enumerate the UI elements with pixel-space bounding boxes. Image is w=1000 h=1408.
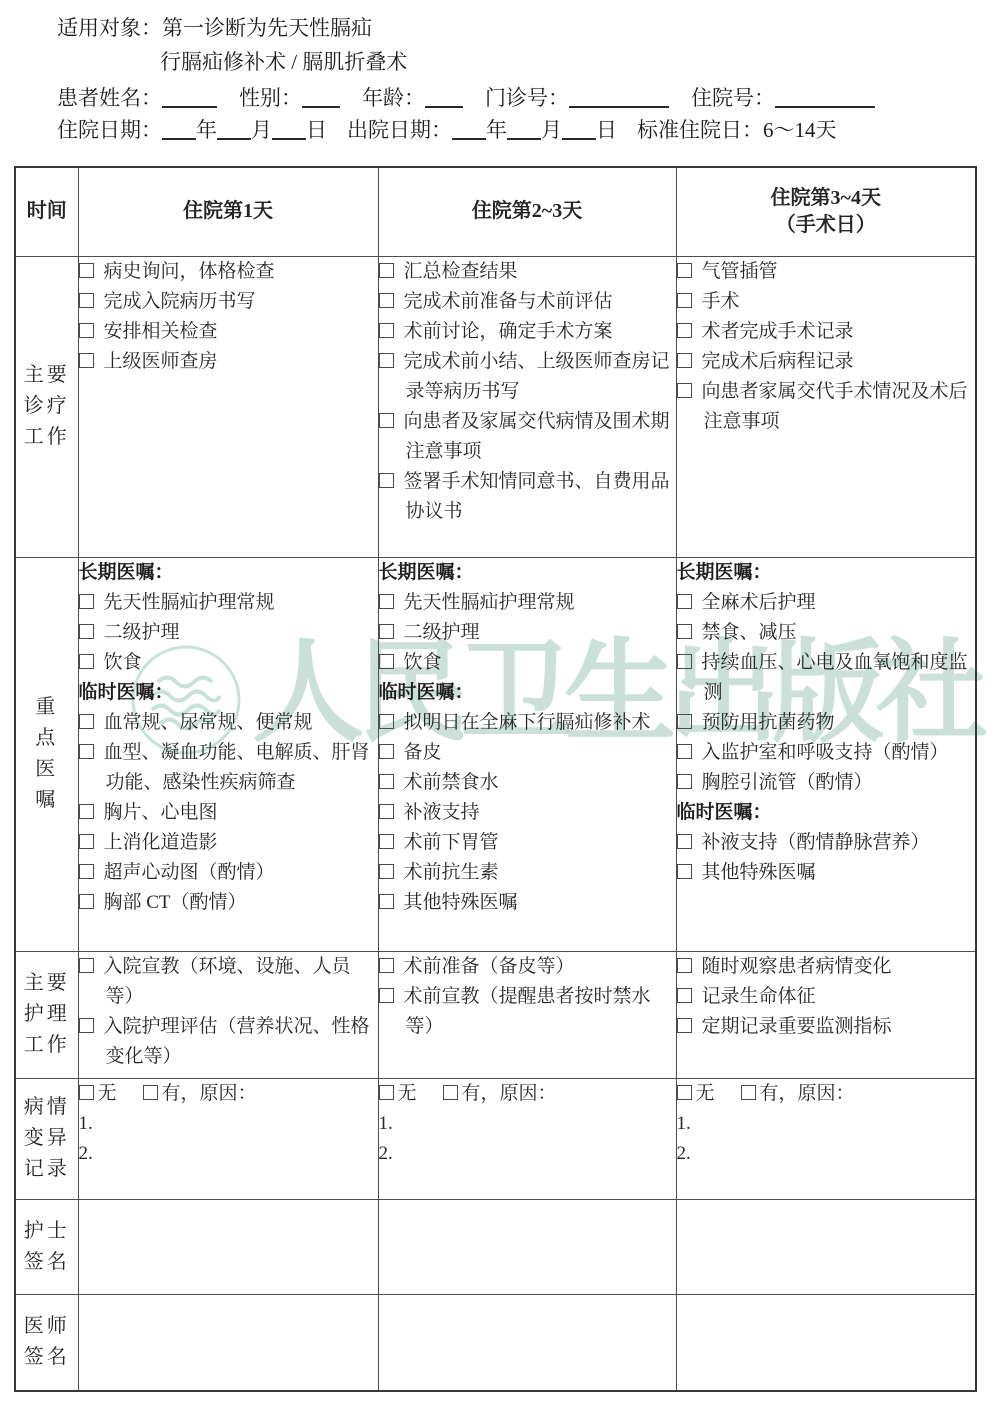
checkbox-icon[interactable]: [379, 353, 394, 368]
checkbox-icon[interactable]: [379, 864, 394, 879]
order-category-heading: 临时医嘱：: [79, 678, 378, 708]
table-row: 护士签名: [15, 1199, 976, 1294]
variation-option-label: 有，原因：: [162, 1083, 257, 1104]
checkbox-icon[interactable]: [79, 958, 94, 973]
row-label: 病情变异记录: [15, 1078, 78, 1199]
checklist-item-label: 禁食、减压: [702, 622, 797, 643]
variation-option-label: 有，原因：: [760, 1083, 855, 1104]
checklist-item: 饮食: [79, 648, 378, 678]
checkbox-icon[interactable]: [379, 774, 394, 789]
checklist-item-label: 完成入院病历书写: [104, 291, 256, 312]
checkbox-icon[interactable]: [379, 473, 394, 488]
checklist-item: 完成入院病历书写: [79, 287, 378, 317]
checklist-item: 入院宣教（环境、设施、人员等）: [79, 952, 378, 1012]
checkbox-icon[interactable]: [379, 744, 394, 759]
checkbox-icon[interactable]: [79, 714, 94, 729]
checklist-item-label: 手术: [702, 291, 740, 312]
field-label: 年: [196, 114, 217, 144]
numbered-line: 2.: [79, 1139, 378, 1169]
checklist-item: 术前宣教（提醒患者按时禁水等）: [379, 982, 676, 1042]
checkbox-icon[interactable]: [379, 263, 394, 278]
checklist-item: 手术: [677, 287, 976, 317]
row-label: 重点医嘱: [15, 557, 78, 951]
checklist-item-label: 随时观察患者病情变化: [702, 956, 892, 977]
checklist-item-label: 术前禁食水: [404, 772, 499, 793]
checkbox-icon[interactable]: [677, 714, 692, 729]
blank-field[interactable]: [162, 86, 217, 108]
signature-cell[interactable]: [378, 1199, 676, 1294]
checkbox-icon[interactable]: [741, 1085, 756, 1100]
field-label: 性别：: [239, 82, 302, 112]
checklist-item-label: 补液支持: [404, 802, 480, 823]
order-category-heading: 临时医嘱：: [379, 678, 676, 708]
signature-cell[interactable]: [676, 1294, 976, 1391]
checklist-item: 拟明日在全麻下行膈疝修补术: [379, 708, 676, 738]
checklist-item: 其他特殊医嘱: [677, 858, 976, 888]
checkbox-icon[interactable]: [379, 834, 394, 849]
table-row: 主要护理工作入院宣教（环境、设施、人员等）入院护理评估（营养状况、性格变化等）术…: [15, 951, 976, 1078]
checklist-item: 超声心动图（酌情）: [79, 858, 378, 888]
blank-field[interactable]: [507, 118, 541, 140]
variation-option-label: 无: [398, 1083, 417, 1104]
checklist-item-label: 完成术后病程记录: [702, 351, 854, 372]
checkbox-icon[interactable]: [379, 624, 394, 639]
order-category-heading: 长期医嘱：: [79, 558, 378, 588]
variation-option-label: 无: [98, 1083, 117, 1104]
variation-options: 无有，原因：: [79, 1079, 378, 1109]
field-label: 日: [306, 114, 327, 144]
checklist-item: 备皮: [379, 738, 676, 768]
table-row: 病情变异记录无有，原因：1.2.无有，原因：1.2.无有，原因：1.2.: [15, 1078, 976, 1199]
checklist-item: 术前禁食水: [379, 768, 676, 798]
field-label: 患者姓名：: [57, 82, 162, 112]
checkbox-icon[interactable]: [143, 1085, 158, 1100]
checklist-item-label: 入院宣教（环境、设施、人员等）: [104, 956, 351, 1007]
checklist-item-label: 补液支持（酌情静脉营养）: [702, 832, 930, 853]
blank-field[interactable]: [775, 86, 875, 108]
checkbox-icon[interactable]: [443, 1085, 458, 1100]
checklist-item: 入监护室和呼吸支持（酌情）: [677, 738, 976, 768]
blank-field[interactable]: [162, 118, 196, 140]
checkbox-icon[interactable]: [379, 654, 394, 669]
checklist-item-label: 术前准备（备皮等）: [404, 956, 575, 977]
field-label: 标准住院日：6～14天: [637, 114, 837, 144]
checklist-item: 二级护理: [379, 618, 676, 648]
date-info-line: 住院日期：年月日出院日期：年月日标准住院日：6～14天: [57, 114, 837, 144]
checklist-item: 术前准备（备皮等）: [379, 952, 676, 982]
content-cell: 随时观察患者病情变化记录生命体征定期记录重要监测指标: [676, 951, 976, 1078]
checklist-item-label: 拟明日在全麻下行膈疝修补术: [404, 712, 651, 733]
checkbox-icon[interactable]: [379, 958, 394, 973]
checklist-item: 禁食、减压: [677, 618, 976, 648]
checklist-item: 病史询问，体格检查: [79, 257, 378, 287]
field-label: 住院号：: [691, 82, 775, 112]
checklist-item-label: 术前抗生素: [404, 862, 499, 883]
content-cell: 无有，原因：1.2.: [378, 1078, 676, 1199]
checkbox-icon[interactable]: [79, 1085, 94, 1100]
field-label: 门诊号：: [485, 82, 569, 112]
checklist-item-label: 其他特殊医嘱: [404, 892, 518, 913]
checkbox-icon[interactable]: [677, 774, 692, 789]
checklist-item: 上消化道造影: [79, 828, 378, 858]
numbered-line: 1.: [379, 1109, 676, 1139]
checkbox-icon[interactable]: [677, 1085, 692, 1100]
checklist-item-label: 向患者家属交代手术情况及术后注意事项: [702, 381, 968, 432]
checklist-item-label: 术前下胃管: [404, 832, 499, 853]
checklist-item-label: 完成术前小结、上级医师查房记录等病历书写: [404, 351, 670, 402]
checklist-item-label: 入监护室和呼吸支持（酌情）: [702, 742, 949, 763]
checklist-item-label: 饮食: [404, 652, 442, 673]
checkbox-icon[interactable]: [79, 293, 94, 308]
applicable-object-label: 适用对象：: [57, 16, 162, 40]
checklist-item-label: 血型、凝血功能、电解质、肝肾功能、感染性疾病筛查: [104, 742, 370, 793]
checkbox-icon[interactable]: [79, 834, 94, 849]
checkbox-icon[interactable]: [677, 383, 692, 398]
checklist-item: 上级医师查房: [79, 347, 378, 377]
blank-field[interactable]: [452, 118, 486, 140]
checklist-item-label: 术前宣教（提醒患者按时禁水等）: [404, 986, 651, 1037]
checkbox-icon[interactable]: [79, 353, 94, 368]
numbered-line: 1.: [677, 1109, 976, 1139]
checklist-item-label: 二级护理: [404, 622, 480, 643]
blank-field[interactable]: [217, 118, 251, 140]
checklist-item: 术前讨论，确定手术方案: [379, 317, 676, 347]
checklist-item: 向患者家属交代手术情况及术后注意事项: [677, 377, 976, 437]
checkbox-icon[interactable]: [79, 804, 94, 819]
table-row: 重点医嘱长期医嘱：先天性膈疝护理常规二级护理饮食临时医嘱：血常规、尿常规、便常规…: [15, 557, 976, 951]
checklist-item: 术前下胃管: [379, 828, 676, 858]
checklist-item: 饮食: [379, 648, 676, 678]
checkbox-icon[interactable]: [379, 894, 394, 909]
checklist-item-label: 气管插管: [702, 261, 778, 282]
checklist-item-label: 汇总检查结果: [404, 261, 518, 282]
checklist-item-label: 持续血压、心电及血氧饱和度监测: [702, 652, 968, 703]
checkbox-icon[interactable]: [677, 988, 692, 1003]
checklist-item: 胸片、心电图: [79, 798, 378, 828]
variation-options: 无有，原因：: [677, 1079, 976, 1109]
order-category-heading: 临时医嘱：: [677, 798, 976, 828]
order-category-heading: 长期医嘱：: [677, 558, 976, 588]
checklist-item: 持续血压、心电及血氧饱和度监测: [677, 648, 976, 708]
procedure-line: 行膈疝修补术 / 膈肌折叠术: [160, 46, 407, 76]
checkbox-icon[interactable]: [379, 1085, 394, 1100]
checklist-item-label: 其他特殊医嘱: [702, 862, 816, 883]
content-cell: 病史询问，体格检查完成入院病历书写安排相关检查上级医师查房: [78, 256, 378, 557]
checkbox-icon[interactable]: [79, 263, 94, 278]
checklist-item-label: 胸部 CT（酌情）: [104, 892, 247, 913]
checklist-item-label: 胸片、心电图: [104, 802, 218, 823]
checkbox-icon[interactable]: [379, 804, 394, 819]
checklist-item: 先天性膈疝护理常规: [379, 588, 676, 618]
checklist-item-label: 预防用抗菌药物: [702, 712, 835, 733]
checklist-item: 向患者及家属交代病情及围术期注意事项: [379, 407, 676, 467]
checkbox-icon[interactable]: [79, 864, 94, 879]
pathway-table: 时间住院第1天住院第2~3天住院第3~4天（手术日） 主要诊疗工作病史询问，体格…: [14, 166, 977, 1392]
checkbox-icon[interactable]: [79, 323, 94, 338]
checkbox-icon[interactable]: [677, 293, 692, 308]
checklist-item-label: 全麻术后护理: [702, 592, 816, 613]
diagnosis-text: 第一诊断为先天性膈疝: [162, 16, 372, 40]
checklist-item-label: 上消化道造影: [104, 832, 218, 853]
checkbox-icon[interactable]: [677, 353, 692, 368]
checklist-item: 签署手术知情同意书、自费用品协议书: [379, 467, 676, 527]
checklist-item-label: 签署手术知情同意书、自费用品协议书: [404, 471, 670, 522]
checklist-item: 血型、凝血功能、电解质、肝肾功能、感染性疾病筛查: [79, 738, 378, 798]
checklist-item: 记录生命体征: [677, 982, 976, 1012]
blank-field[interactable]: [302, 86, 340, 108]
checklist-item-label: 二级护理: [104, 622, 180, 643]
column-header: 住院第2~3天: [378, 167, 676, 256]
content-cell: 汇总检查结果完成术前准备与术前评估术前讨论，确定手术方案完成术前小结、上级医师查…: [378, 256, 676, 557]
blank-field[interactable]: [272, 118, 306, 140]
checkbox-icon[interactable]: [677, 958, 692, 973]
checklist-item: 其他特殊医嘱: [379, 888, 676, 918]
signature-cell[interactable]: [378, 1294, 676, 1391]
checklist-item: 预防用抗菌药物: [677, 708, 976, 738]
content-cell: 无有，原因：1.2.: [676, 1078, 976, 1199]
checklist-item-label: 备皮: [404, 742, 442, 763]
checklist-item-label: 先天性膈疝护理常规: [404, 592, 575, 613]
applicable-object-line: 适用对象：第一诊断为先天性膈疝: [57, 12, 372, 42]
checklist-item: 先天性膈疝护理常规: [79, 588, 378, 618]
checklist-item: 术前抗生素: [379, 858, 676, 888]
row-label: 医师签名: [15, 1294, 78, 1391]
checklist-item: 随时观察患者病情变化: [677, 952, 976, 982]
checkbox-icon[interactable]: [677, 834, 692, 849]
signature-cell[interactable]: [676, 1199, 976, 1294]
checkbox-icon[interactable]: [677, 594, 692, 609]
blank-field[interactable]: [425, 86, 463, 108]
checklist-item: 完成术后病程记录: [677, 347, 976, 377]
patient-info-line: 患者姓名：性别：年龄：门诊号：住院号：: [57, 82, 875, 112]
numbered-line: 1.: [79, 1109, 378, 1139]
checkbox-icon[interactable]: [677, 654, 692, 669]
content-cell: 气管插管手术术者完成手术记录完成术后病程记录向患者家属交代手术情况及术后注意事项: [676, 256, 976, 557]
field-label: 年: [486, 114, 507, 144]
checklist-item-label: 入院护理评估（营养状况、性格变化等）: [104, 1016, 370, 1067]
checkbox-icon[interactable]: [677, 864, 692, 879]
checklist-item: 全麻术后护理: [677, 588, 976, 618]
checklist-item: 气管插管: [677, 257, 976, 287]
checklist-item: 二级护理: [79, 618, 378, 648]
checklist-item-label: 定期记录重要监测指标: [702, 1016, 892, 1037]
content-cell: 无有，原因：1.2.: [78, 1078, 378, 1199]
column-header: 住院第1天: [78, 167, 378, 256]
checklist-item: 胸腔引流管（酌情）: [677, 768, 976, 798]
blank-field[interactable]: [562, 118, 596, 140]
signature-cell[interactable]: [78, 1199, 378, 1294]
table-row: 主要诊疗工作病史询问，体格检查完成入院病历书写安排相关检查上级医师查房汇总检查结…: [15, 256, 976, 557]
field-label: 住院日期：: [57, 114, 162, 144]
checkbox-icon[interactable]: [79, 654, 94, 669]
checklist-item-label: 先天性膈疝护理常规: [104, 592, 275, 613]
checklist-item: 术者完成手术记录: [677, 317, 976, 347]
content-cell: 入院宣教（环境、设施、人员等）入院护理评估（营养状况、性格变化等）: [78, 951, 378, 1078]
checkbox-icon[interactable]: [79, 624, 94, 639]
checkbox-icon[interactable]: [79, 594, 94, 609]
content-cell: 长期医嘱：全麻术后护理禁食、减压持续血压、心电及血氧饱和度监测预防用抗菌药物入监…: [676, 557, 976, 951]
checkbox-icon[interactable]: [379, 714, 394, 729]
checklist-item-label: 记录生命体征: [702, 986, 816, 1007]
checkbox-icon[interactable]: [379, 323, 394, 338]
checklist-item-label: 术者完成手术记录: [702, 321, 854, 342]
time-column-header: 时间: [15, 167, 78, 256]
checkbox-icon[interactable]: [677, 1018, 692, 1033]
checklist-item-label: 超声心动图（酌情）: [104, 862, 275, 883]
checkbox-icon[interactable]: [379, 988, 394, 1003]
clinical-pathway-page: 人民卫生出版社 适用对象：第一诊断为先天性膈疝 行膈疝修补术 / 膈肌折叠术 患…: [0, 0, 1000, 1408]
field-label: 日: [596, 114, 617, 144]
row-label: 护士签名: [15, 1199, 78, 1294]
table-header-row: 时间住院第1天住院第2~3天住院第3~4天（手术日）: [15, 167, 976, 256]
content-cell: 长期医嘱：先天性膈疝护理常规二级护理饮食临时医嘱：血常规、尿常规、便常规血型、凝…: [78, 557, 378, 951]
content-cell: 长期医嘱：先天性膈疝护理常规二级护理饮食临时医嘱：拟明日在全麻下行膈疝修补术备皮…: [378, 557, 676, 951]
blank-field[interactable]: [569, 86, 669, 108]
checkbox-icon[interactable]: [379, 293, 394, 308]
checkbox-icon[interactable]: [79, 1018, 94, 1033]
checkbox-icon[interactable]: [677, 624, 692, 639]
checklist-item: 补液支持（酌情静脉营养）: [677, 828, 976, 858]
numbered-line: 2.: [379, 1139, 676, 1169]
variation-options: 无有，原因：: [379, 1079, 676, 1109]
checklist-item-label: 饮食: [104, 652, 142, 673]
checklist-item: 胸部 CT（酌情）: [79, 888, 378, 918]
field-label: 月: [251, 114, 272, 144]
checklist-item: 补液支持: [379, 798, 676, 828]
checklist-item: 汇总检查结果: [379, 257, 676, 287]
field-label: 月: [541, 114, 562, 144]
checklist-item: 安排相关检查: [79, 317, 378, 347]
variation-option-label: 有，原因：: [462, 1083, 557, 1104]
numbered-line: 2.: [677, 1139, 976, 1169]
checklist-item-label: 向患者及家属交代病情及围术期注意事项: [404, 411, 670, 462]
row-label: 主要诊疗工作: [15, 256, 78, 557]
checklist-item: 入院护理评估（营养状况、性格变化等）: [79, 1012, 378, 1072]
row-label: 主要护理工作: [15, 951, 78, 1078]
checkbox-icon[interactable]: [677, 323, 692, 338]
field-label: 出院日期：: [347, 114, 452, 144]
checklist-item: 完成术前小结、上级医师查房记录等病历书写: [379, 347, 676, 407]
variation-option-label: 无: [696, 1083, 715, 1104]
checklist-item: 完成术前准备与术前评估: [379, 287, 676, 317]
order-category-heading: 长期医嘱：: [379, 558, 676, 588]
checkbox-icon[interactable]: [79, 894, 94, 909]
column-header: 住院第3~4天（手术日）: [676, 167, 976, 256]
checklist-item: 定期记录重要监测指标: [677, 1012, 976, 1042]
content-cell: 术前准备（备皮等）术前宣教（提醒患者按时禁水等）: [378, 951, 676, 1078]
checklist-item-label: 术前讨论，确定手术方案: [404, 321, 613, 342]
checklist-item-label: 病史询问，体格检查: [104, 261, 275, 282]
checklist-item-label: 上级医师查房: [104, 351, 218, 372]
checkbox-icon[interactable]: [79, 744, 94, 759]
checkbox-icon[interactable]: [379, 413, 394, 428]
checklist-item: 血常规、尿常规、便常规: [79, 708, 378, 738]
checklist-item-label: 安排相关检查: [104, 321, 218, 342]
checklist-item-label: 完成术前准备与术前评估: [404, 291, 613, 312]
field-label: 年龄：: [362, 82, 425, 112]
checklist-item-label: 血常规、尿常规、便常规: [104, 712, 313, 733]
checklist-item-label: 胸腔引流管（酌情）: [702, 772, 873, 793]
checkbox-icon[interactable]: [379, 594, 394, 609]
checkbox-icon[interactable]: [677, 744, 692, 759]
checkbox-icon[interactable]: [677, 263, 692, 278]
table-row: 医师签名: [15, 1294, 976, 1391]
signature-cell[interactable]: [78, 1294, 378, 1391]
